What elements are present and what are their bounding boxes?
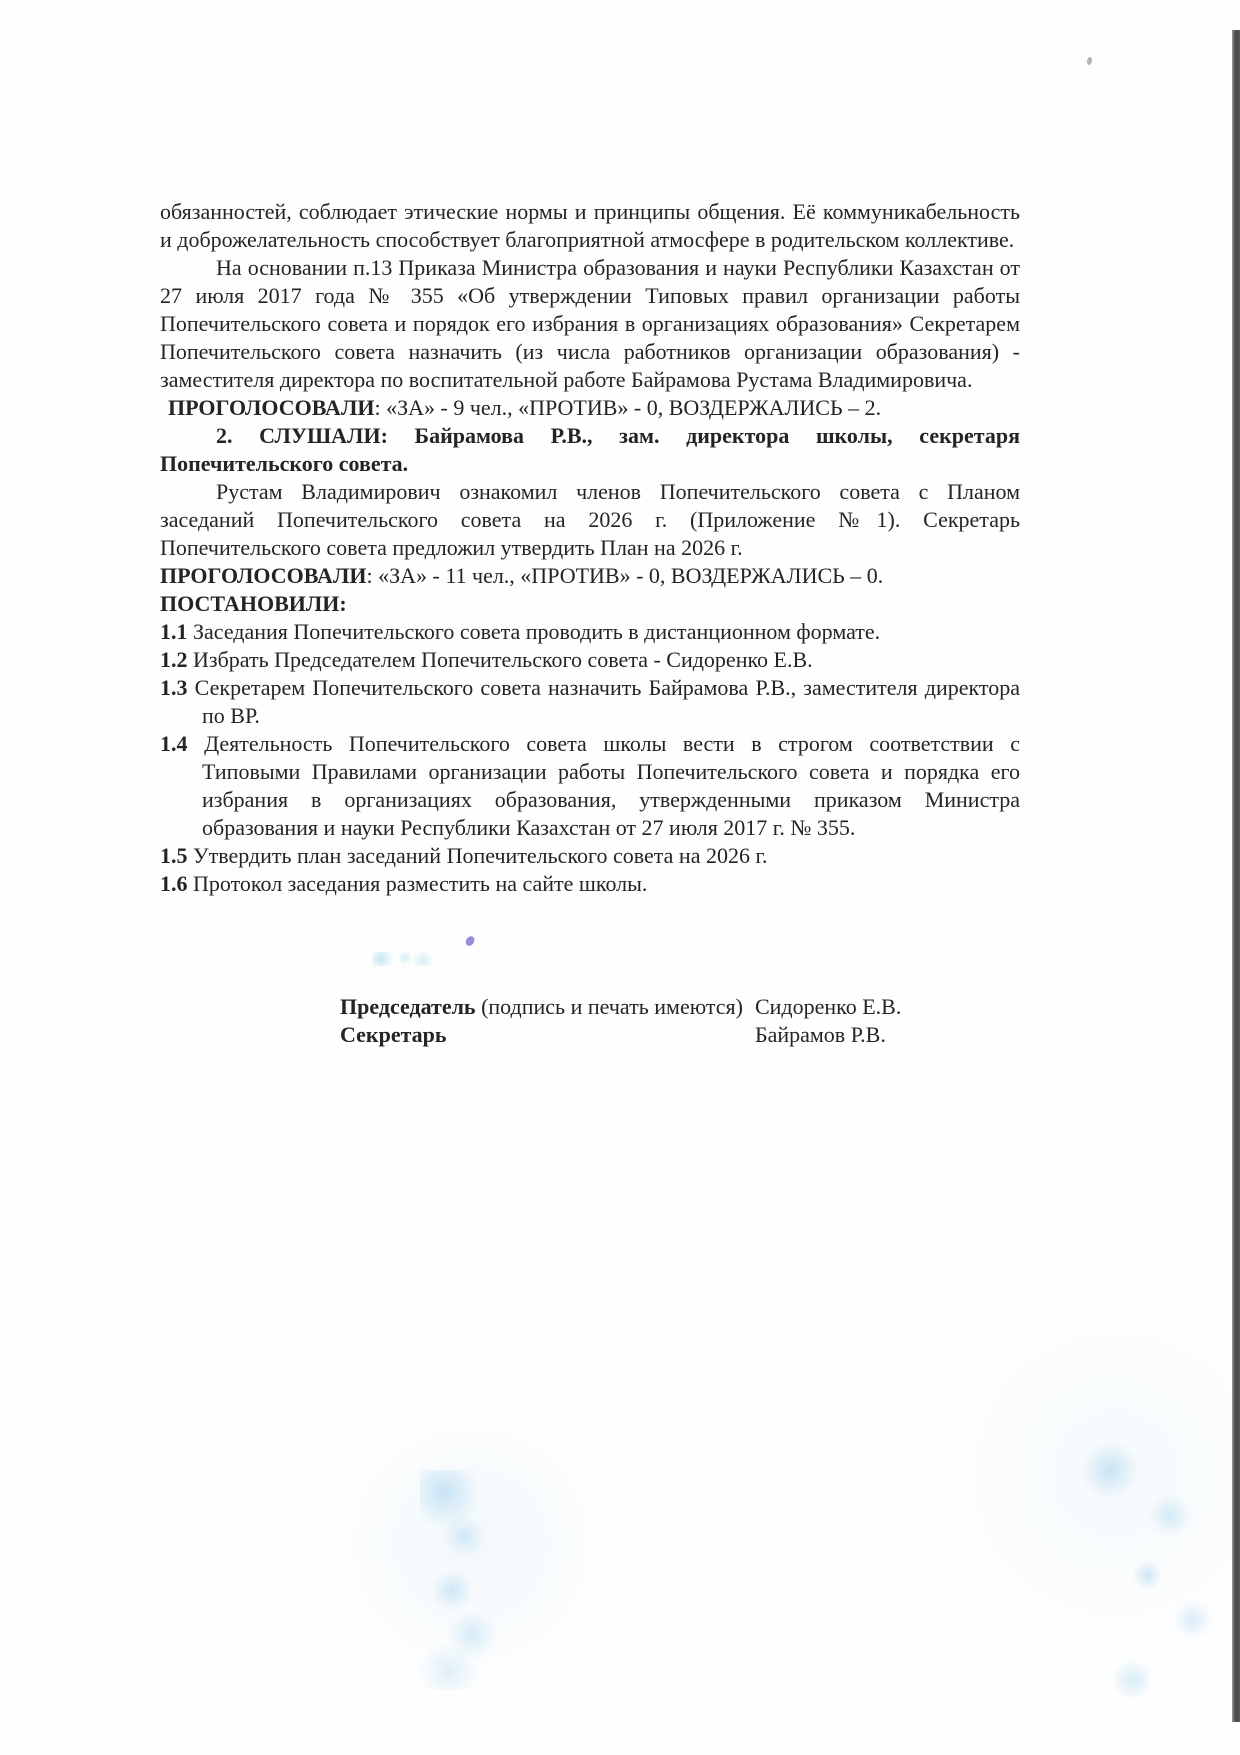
resolution-number: 1.2 <box>160 647 188 672</box>
document-body: обязанностей, соблюдает этические нормы … <box>160 198 1020 1049</box>
signature-block: Председатель (подпись и печать имеются) … <box>340 993 1020 1049</box>
resolution-item: 1.6 Протокол заседания разместить на сай… <box>160 870 1020 898</box>
resolution-text: Секретарем Попечительского совета назнач… <box>195 675 1020 728</box>
vote-result-text: : «ЗА» - 9 чел., «ПРОТИВ» - 0, ВОЗДЕРЖАЛ… <box>374 395 881 420</box>
paragraph-intro-continuation: обязанностей, соблюдает этические нормы … <box>160 198 1020 254</box>
resolution-item: 1.5 Утвердить план заседаний Попечительс… <box>160 842 1020 870</box>
vote-result-text: : «ЗА» - 11 чел., «ПРОТИВ» - 0, ВОЗДЕРЖА… <box>366 563 883 588</box>
paragraph-legal-basis: На основании п.13 Приказа Министра образ… <box>160 254 1020 394</box>
resolution-number: 1.5 <box>160 843 188 868</box>
scan-speckle-artifact <box>1080 1440 1230 1740</box>
resolution-text: Избрать Председателем Попечительского со… <box>193 647 813 672</box>
resolution-item: 1.1 Заседания Попечительского совета про… <box>160 618 1020 646</box>
resolution-text: Протокол заседания разместить на сайте ш… <box>193 871 647 896</box>
signature-note: (подпись и печать имеются) <box>481 994 743 1019</box>
resolution-number: 1.1 <box>160 619 188 644</box>
agenda-item-2-heading: 2. СЛУШАЛИ: Байрамова Р.В., зам. директо… <box>160 422 1020 478</box>
signature-name-chairman: Сидоренко Е.В. <box>755 993 901 1021</box>
signature-row-chairman-left: Председатель (подпись и печать имеются) <box>340 993 743 1021</box>
resolution-number: 1.3 <box>160 675 188 700</box>
resolution-text: Заседания Попечительского совета проводи… <box>193 619 880 644</box>
vote-label: ПРОГОЛОСОВАЛИ <box>168 395 374 420</box>
scan-dot-artifact <box>1086 57 1093 66</box>
resolution-number: 1.4 <box>160 731 188 756</box>
vote-result-line-2: ПРОГОЛОСОВАЛИ: «ЗА» - 11 чел., «ПРОТИВ» … <box>160 562 1020 590</box>
resolution-item: 1.3 Секретарем Попечительского совета на… <box>160 674 1020 730</box>
scan-smudge-artifact <box>420 1470 500 1690</box>
vote-label: ПРОГОЛОСОВАЛИ <box>160 563 366 588</box>
vote-result-line-1: ПРОГОЛОСОВАЛИ: «ЗА» - 9 чел., «ПРОТИВ» -… <box>160 394 1020 422</box>
signature-name-secretary: Байрамов Р.В. <box>755 1021 901 1049</box>
scanned-document-page: обязанностей, соблюдает этические нормы … <box>0 0 1240 1755</box>
resolution-number: 1.6 <box>160 871 188 896</box>
resolved-heading: ПОСТАНОВИЛИ: <box>160 590 1020 618</box>
paragraph-plan-presentation: Рустам Владимирович ознакомил членов Поп… <box>160 478 1020 562</box>
signature-role: Председатель <box>340 994 476 1019</box>
resolution-item: 1.4 Деятельность Попечительского совета … <box>160 730 1020 842</box>
scanner-edge-strip <box>1232 30 1240 1722</box>
resolutions-list: 1.1 Заседания Попечительского совета про… <box>160 618 1020 898</box>
resolution-item: 1.2 Избрать Председателем Попечительског… <box>160 646 1020 674</box>
signature-role: Секретарь <box>340 1022 447 1047</box>
signature-row-secretary-left: Секретарь <box>340 1021 743 1049</box>
resolution-text: Утвердить план заседаний Попечительского… <box>193 843 768 868</box>
resolution-text: Деятельность Попечительского совета школ… <box>202 731 1020 840</box>
